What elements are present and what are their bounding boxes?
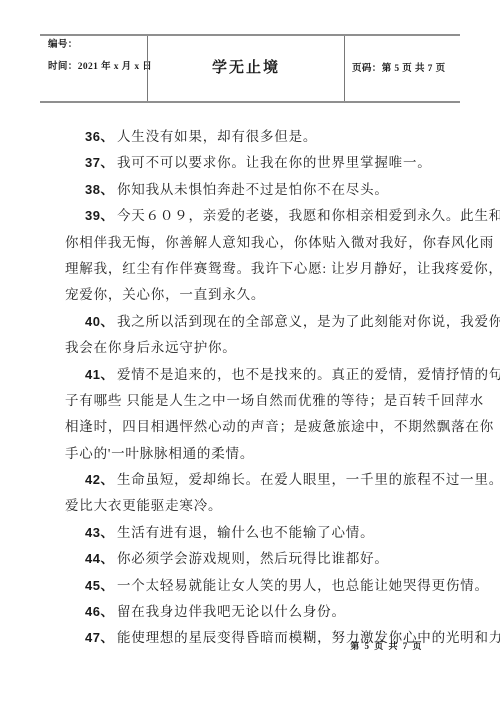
list-item-text: 理解我，红尘有作伴赛鸳鸯。我许下心愿: 让岁月静好，让我疼爱你，: [65, 261, 500, 276]
list-item-number: 37、: [85, 155, 114, 170]
text-line: 41、爱情不是追来的，也不是找来的。真正的爱情，爱情抒情的句: [62, 362, 464, 388]
text-line: 爱比大衣更能驱走寒冷。: [62, 493, 464, 519]
text-line: 46、留在我身边伴我吧无论以什么身份。: [62, 599, 464, 625]
text-line: 子有哪些 只能是人生之中一场自然而优雅的等待；是百转千回萍水: [62, 388, 464, 414]
text-line: 44、你必须学会游戏规则，然后玩得比谁都好。: [62, 546, 464, 572]
list-item-number: 45、: [85, 578, 114, 593]
list-item-text: 留在我身边伴我吧无论以什么身份。: [117, 604, 346, 619]
text-line: 42、生命虽短，爱却绵长。在爱人眼里，一千里的旅程不过一里。: [62, 467, 464, 493]
doc-date-label: 时间：2021 年 x 月 x 日: [48, 61, 143, 73]
list-item-number: 47、: [85, 630, 114, 645]
list-item-text: 生活有进有退，输什么也不能输了心情。: [117, 525, 374, 540]
list-item-text: 你知我从未惧怕奔赴不过是怕你不在尽头。: [117, 182, 389, 197]
text-line: 手心的'一叶脉脉相通的柔情。: [62, 441, 464, 467]
header-page-cell: 页码：第 5 页 共 7 页: [345, 36, 460, 101]
list-item-number: 43、: [85, 525, 114, 540]
list-item-text: 今天６０９，亲爱的老婆，我愿和你相亲相爱到永久。此生和: [117, 208, 500, 223]
list-item-text: 一个太轻易就能让女人笑的男人，也总能让她哭得更伤情。: [117, 578, 489, 593]
list-item-number: 39、: [85, 208, 114, 223]
list-item-text: 人生没有如果，却有很多但是。: [117, 129, 317, 144]
page-header-table: 编号： 时间：2021 年 x 月 x 日 学无止境 页码：第 5 页 共 7 …: [40, 34, 460, 103]
header-title-cell: 学无止境: [147, 36, 345, 101]
doc-number-label: 编号：: [48, 39, 143, 51]
list-item-text: 我之所以活到现在的全部意义，是为了此刻能对你说，我爱你，: [117, 314, 500, 329]
list-item-text: 爱情不是追来的，也不是找来的。真正的爱情，爱情抒情的句: [117, 367, 500, 382]
list-item-number: 38、: [85, 182, 114, 197]
list-item-text: 你必须学会游戏规则，然后玩得比谁都好。: [117, 551, 389, 566]
text-line: 45、一个太轻易就能让女人笑的男人，也总能让她哭得更伤情。: [62, 573, 464, 599]
text-line: 理解我，红尘有作伴赛鸳鸯。我许下心愿: 让岁月静好，让我疼爱你，: [62, 256, 464, 282]
list-item-text: 我可不可以要求你。让我在你的世界里掌握唯一。: [117, 155, 432, 170]
list-item-text: 宠爱你，关心你，一直到永久。: [65, 287, 265, 302]
text-line: 宠爱你，关心你，一直到永久。: [62, 282, 464, 308]
list-item-number: 41、: [85, 367, 114, 382]
text-line: 你相伴我无悔，你善解人意知我心，你体贴入微对我好，你春风化雨: [62, 230, 464, 256]
text-line: 38、你知我从未惧怕奔赴不过是怕你不在尽头。: [62, 177, 464, 203]
list-item-number: 36、: [85, 129, 114, 144]
text-line: 43、生活有进有退，输什么也不能输了心情。: [62, 520, 464, 546]
list-item-number: 44、: [85, 551, 114, 566]
text-line: 相逢时，四目相遇怦然心动的声音；是疲惫旅途中，不期然飘落在你: [62, 414, 464, 440]
document-page: 编号： 时间：2021 年 x 月 x 日 学无止境 页码：第 5 页 共 7 …: [0, 0, 500, 707]
text-line: 40、我之所以活到现在的全部意义，是为了此刻能对你说，我爱你，: [62, 309, 464, 335]
list-item-text: 手心的'一叶脉脉相通的柔情。: [65, 446, 254, 461]
document-title: 学无止境: [212, 56, 280, 77]
list-item-text: 能使理想的星辰变得昏暗而模糊，努力激发你心中的光明和力: [117, 630, 500, 645]
list-item-text: 子有哪些 只能是人生之中一场自然而优雅的等待；是百转千回萍水: [65, 393, 484, 408]
page-number-label: 页码：第 5 页 共 7 页: [352, 63, 445, 75]
text-line: 39、今天６０９，亲爱的老婆，我愿和你相亲相爱到永久。此生和: [62, 203, 464, 229]
page-number-footer: 第 5 页 共 7 页: [350, 640, 423, 653]
document-body: 36、人生没有如果，却有很多但是。37、我可不可以要求你。让我在你的世界里掌握唯…: [62, 124, 464, 652]
list-item-text: 爱比大衣更能驱走寒冷。: [65, 498, 222, 513]
text-line: 36、人生没有如果，却有很多但是。: [62, 124, 464, 150]
list-item-text: 相逢时，四目相遇怦然心动的声音；是疲惫旅途中，不期然飘落在你: [65, 419, 494, 434]
list-item-number: 40、: [85, 314, 114, 329]
list-item-text: 我会在你身后永远守护你。: [65, 340, 237, 355]
text-line: 37、我可不可以要求你。让我在你的世界里掌握唯一。: [62, 150, 464, 176]
list-item-number: 42、: [85, 472, 114, 487]
text-line: 我会在你身后永远守护你。: [62, 335, 464, 361]
list-item-text: 你相伴我无悔，你善解人意知我心，你体贴入微对我好，你春风化雨: [65, 235, 494, 250]
list-item-number: 46、: [85, 604, 114, 619]
header-meta-cell: 编号： 时间：2021 年 x 月 x 日: [40, 36, 147, 101]
list-item-text: 生命虽短，爱却绵长。在爱人眼里，一千里的旅程不过一里。: [117, 472, 500, 487]
